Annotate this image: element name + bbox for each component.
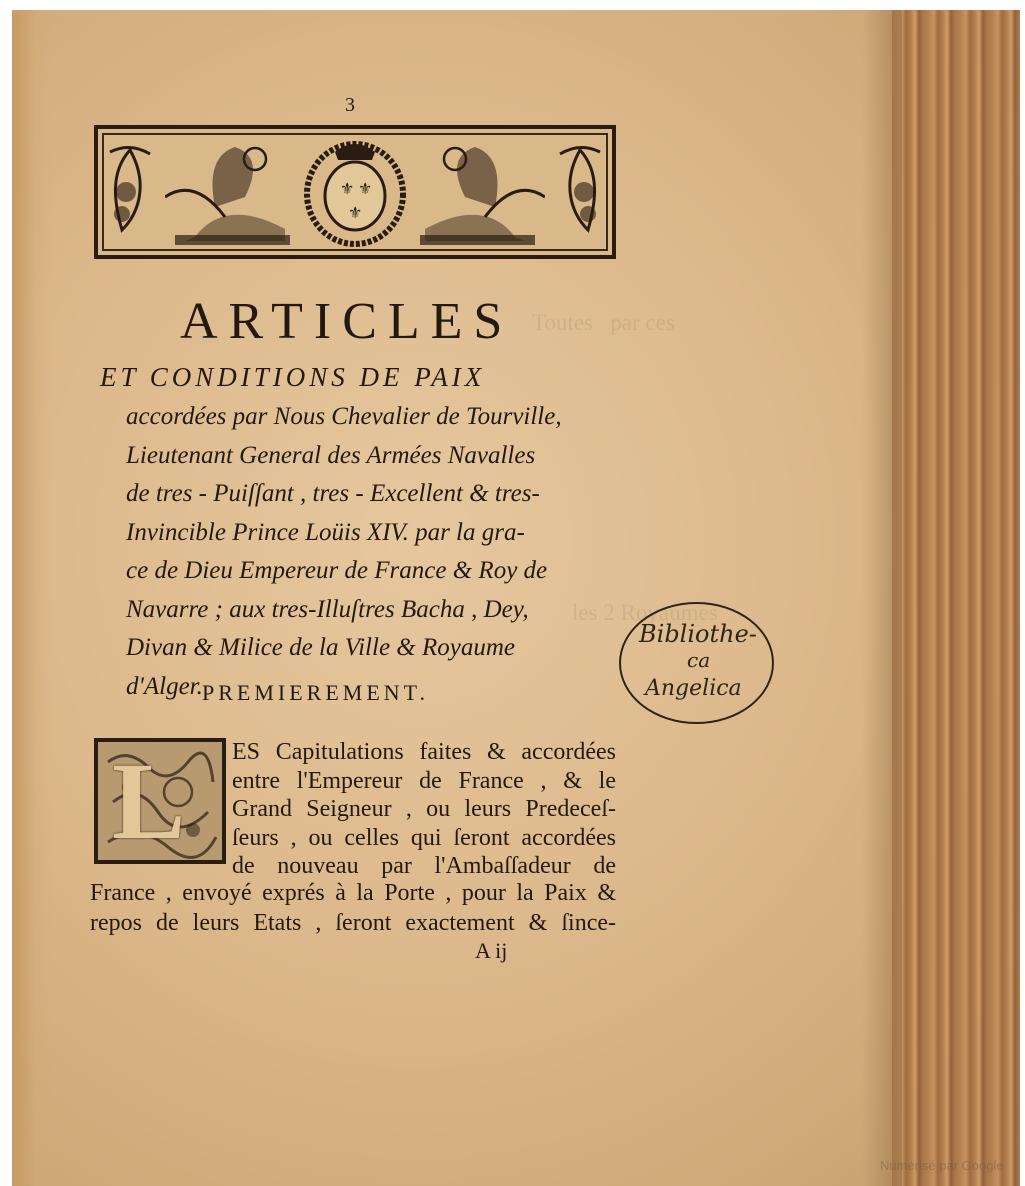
section-heading: PREMIEREMENT. bbox=[202, 680, 429, 706]
intro-paragraph: accordées par Nous Chevalier de Tourvill… bbox=[126, 398, 616, 706]
body-line: France , envoyé exprés à la Porte , pour… bbox=[90, 878, 616, 908]
stamp-line: Angelica bbox=[645, 676, 742, 701]
body-paragraph-continued: France , envoyé exprés à la Porte , pour… bbox=[90, 878, 616, 938]
body-line: Grand Seigneur , ou leurs Predeceſ- bbox=[232, 795, 616, 824]
bleed-through-text: Toutes par ces bbox=[532, 310, 675, 336]
angel-left-icon bbox=[165, 137, 295, 247]
decorated-initial: L bbox=[94, 738, 226, 864]
scan-margin bbox=[1020, 10, 1025, 1186]
document-title: ARTICLES bbox=[180, 292, 513, 351]
body-line: ES Capitulations faites & accordées bbox=[232, 738, 616, 767]
svg-text:⚜: ⚜ bbox=[358, 181, 372, 198]
garland-left-icon bbox=[100, 142, 160, 242]
scan-watermark: Numérisé par Google bbox=[880, 1158, 1004, 1173]
intro-line: Lieutenant General des Armées Navalles bbox=[126, 437, 616, 476]
headpiece-ornament: ⚜⚜⚜ bbox=[94, 125, 616, 259]
stamp-line: Bibliothe- bbox=[639, 620, 757, 648]
body-line: de nouveau par l'Ambaſſadeur de bbox=[232, 852, 616, 881]
book-page: Toutes par ces les 2 Royaumes 3 ⚜⚜⚜ ARTI… bbox=[12, 10, 1025, 1186]
royal-arms-icon: ⚜⚜⚜ bbox=[300, 132, 410, 252]
intro-line: de tres - Puiſſant , tres - Excellent & … bbox=[126, 475, 616, 514]
intro-line: Invincible Prince Loüis XIV. par la gra- bbox=[126, 514, 616, 553]
svg-text:⚜: ⚜ bbox=[340, 181, 354, 198]
intro-line: Navarre ; aux tres-Illuſtres Bacha , Dey… bbox=[126, 591, 616, 630]
intro-line: Divan & Milice de la Ville & Royaume bbox=[126, 629, 616, 668]
body-line: repos de leurs Etats , ſeront exactement… bbox=[90, 908, 616, 938]
garland-right-icon bbox=[550, 142, 610, 242]
body-line: entre l'Empereur de France , & le bbox=[232, 767, 616, 796]
intro-line: ce de Dieu Empereur de France & Roy de bbox=[126, 552, 616, 591]
svg-text:⚜: ⚜ bbox=[348, 205, 362, 222]
page-fore-edge bbox=[892, 10, 1025, 1186]
page-number: 3 bbox=[345, 94, 355, 117]
drop-cap-letter: L bbox=[112, 746, 185, 856]
body-paragraph-beside-initial: ES Capitulations faites & accordées entr… bbox=[232, 738, 616, 881]
body-line: ſeurs , ou celles qui ſeront accordées bbox=[232, 824, 616, 853]
signature-mark: A ij bbox=[475, 938, 507, 964]
document-subtitle: ET CONDITIONS DE PAIX bbox=[100, 362, 485, 393]
stamp-line: ca bbox=[687, 648, 710, 672]
intro-line: accordées par Nous Chevalier de Tourvill… bbox=[126, 398, 616, 437]
angel-right-icon bbox=[415, 137, 545, 247]
library-stamp: Bibliothe- ca Angelica bbox=[619, 602, 774, 724]
